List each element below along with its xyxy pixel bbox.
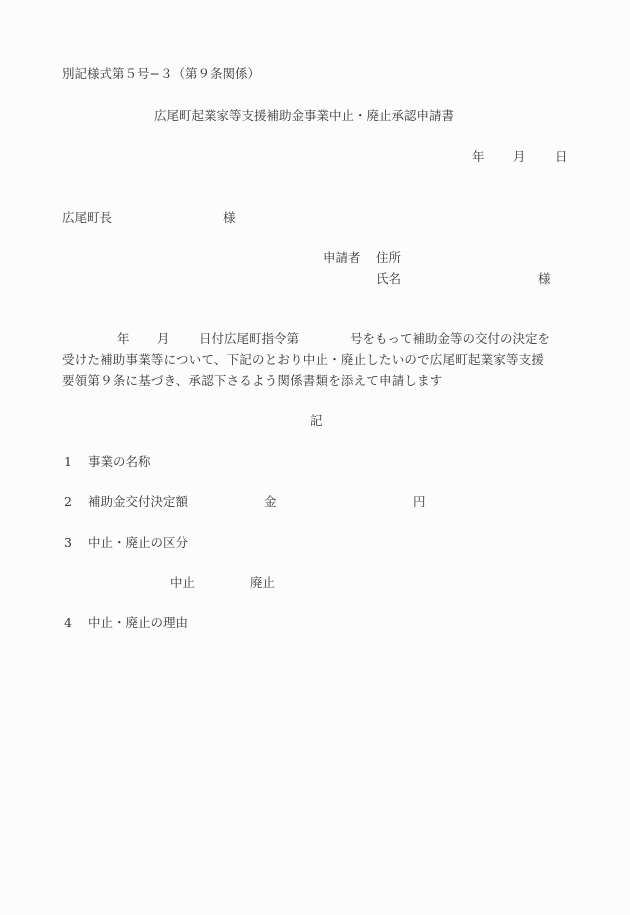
item-number: 4: [64, 617, 72, 630]
item-number: 1: [64, 456, 72, 469]
addressee-honorific: 様: [223, 212, 236, 225]
date-day-label: 日: [555, 151, 568, 164]
body-directive-prefix: 日付広尾町指令第: [199, 333, 299, 346]
item-label: 補助金交付決定額: [88, 496, 188, 509]
amount-prefix: 金: [264, 496, 277, 509]
body-line-3: 要領第９条に基づき、承認下さるよう関係書類を添えて申請します: [62, 375, 443, 388]
item-number: 2: [64, 496, 72, 509]
document-title: 広尾町起業家等支援補助金事業中止・廃止承認申請書: [154, 110, 454, 123]
form-number: 別記様式第５号−３（第９条関係）: [62, 68, 260, 81]
body-directive-suffix: 号をもって補助金等の交付の決定を: [350, 333, 550, 346]
body-year-label: 年: [117, 333, 130, 346]
item-label: 中止・廃止の区分: [88, 537, 188, 550]
amount-unit: 円: [413, 496, 426, 509]
ki-heading: 記: [310, 415, 323, 428]
item-label: 中止・廃止の理由: [88, 617, 188, 630]
option-suspend: 中止: [170, 577, 195, 590]
applicant-honorific: 様: [538, 273, 551, 286]
item-label: 事業の名称: [88, 456, 151, 469]
body-line-2: 受けた補助事業等について、下記のとおり中止・廃止したいので広尾町起業家等支援: [62, 354, 544, 367]
addressee-name: 広尾町長: [62, 212, 112, 225]
date-month-label: 月: [513, 151, 526, 164]
date-year-label: 年: [472, 151, 485, 164]
applicant-address-label: 住所: [376, 252, 401, 265]
option-abolish: 廃止: [250, 577, 275, 590]
item-number: 3: [64, 537, 72, 550]
applicant-label: 申請者: [323, 252, 361, 265]
document-page: 別記様式第５号−３（第９条関係） 広尾町起業家等支援補助金事業中止・廃止承認申請…: [0, 0, 630, 915]
body-month-label: 月: [157, 333, 170, 346]
applicant-name-label: 氏名: [376, 273, 401, 286]
